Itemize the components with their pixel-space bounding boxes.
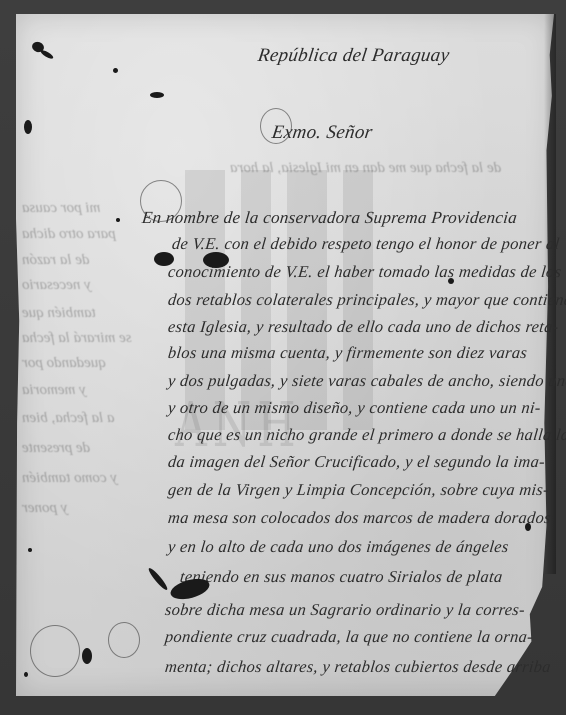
bleed-through-line: y como también [22,470,117,487]
body-line: En nombre de la conservadora Suprema Pro… [141,208,518,228]
bleed-through-line: y poner [22,500,67,517]
bleed-through-line: para otro dicha [22,226,116,243]
body-line: cho que es un nicho grande el primero a … [167,425,566,445]
bleed-through-line: de la razón [22,252,90,269]
bleed-through-line: quedando por [22,355,106,372]
ink-blot [203,252,229,268]
ink-blot [82,648,92,664]
ink-blot [28,548,32,552]
bleed-through-line: de presente [22,440,90,457]
body-line: menta; dichos altares, y retablos cubier… [164,657,552,677]
body-line: esta Iglesia, y resultado de ello cada u… [167,317,560,337]
bleed-through-line: de la fecha que me dan en mi Iglesia, la… [230,160,501,177]
salutation-flourish [260,108,292,144]
bleed-through-line: y necesario [22,277,91,294]
body-line: de V.E. con el debido respeto tengo el h… [171,234,561,254]
ink-blot [113,68,118,73]
bleed-through-line: a la fecha, bien [22,410,114,427]
body-line: blos una misma cuenta, y firmemente son … [167,343,528,363]
body-line: gen de la Virgen y Limpia Concepción, so… [167,480,550,500]
body-line: y en lo alto de cada uno dos imágenes de… [167,537,510,557]
bleed-through-line: se mirará la fecha [22,330,132,347]
body-line: sobre dicha mesa un Sagrario ordinario y… [164,600,526,620]
ink-blot [525,523,531,531]
body-line: conocimiento de V.E. el haber tomado las… [167,262,562,282]
body-line: y dos pulgadas, y siete varas cabales de… [167,371,566,391]
body-line: ma mesa son colocados dos marcos de made… [167,508,552,528]
body-line: y otro de un mismo diseño, y contiene ca… [167,398,542,418]
body-line: teniendo en sus manos cuatro Sirialos de… [179,567,504,587]
margin-flourish [108,622,140,658]
document-header: República del Paraguay [256,45,450,67]
bleed-through-line: mi por causa [22,200,100,217]
body-line: pondiente cruz cuadrada, la que no conti… [164,627,534,647]
capital-flourish [140,180,182,222]
ink-blot [24,120,32,134]
body-line: da imagen del Señor Crucificado, y el se… [167,452,546,472]
ink-blot [448,278,454,284]
ink-blot [154,252,174,266]
ink-blot [116,218,120,222]
body-line: dos retablos colaterales principales, y … [167,290,566,310]
bleed-through-line: también que [22,305,96,322]
margin-flourish [30,625,80,677]
ink-blot [24,672,28,677]
ink-blot [150,92,164,98]
bleed-through-line: y memoria [22,382,86,399]
